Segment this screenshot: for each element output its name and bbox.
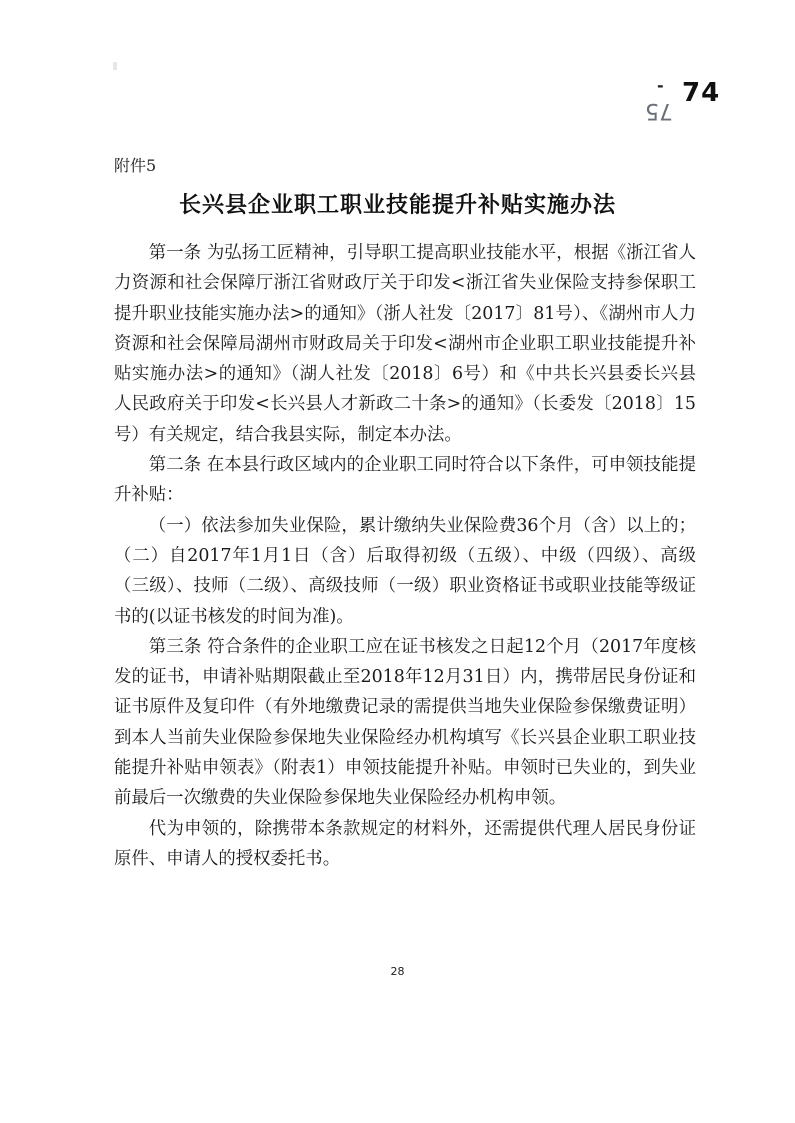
- document-title: 长兴县企业职工职业技能提升补贴实施办法: [0, 188, 795, 219]
- scan-artifact: [113, 62, 117, 70]
- inverted-stamp-number: 75: [645, 98, 673, 123]
- article-3-paragraph: 第三条 符合条件的企业职工应在证书核发之日起12个月（2017年度核发的证书，申…: [114, 632, 696, 814]
- article-2-paragraph: 第二条 在本县行政区域内的企业职工同时符合以下条件，可申领技能提升补贴：: [114, 450, 696, 511]
- page-number: 28: [0, 965, 795, 978]
- article-1-paragraph: 第一条 为弘扬工匠精神，引导职工提高职业技能水平，根据《浙江省人力资源和社会保障…: [114, 238, 696, 450]
- article-2-conditions-paragraph: （一）依法参加失业保险，累计缴纳失业保险费36个月（含）以上的；（二）自2017…: [114, 511, 696, 632]
- document-body: 第一条 为弘扬工匠精神，引导职工提高职业技能水平，根据《浙江省人力资源和社会保障…: [114, 238, 696, 874]
- attachment-label: 附件5: [114, 153, 156, 176]
- proxy-application-paragraph: 代为申领的，除携带本条款规定的材料外，还需提供代理人居民身份证原件、申请人的授权…: [114, 814, 696, 875]
- handwritten-page-number: 74: [682, 78, 720, 108]
- handwritten-dash: -: [657, 76, 664, 95]
